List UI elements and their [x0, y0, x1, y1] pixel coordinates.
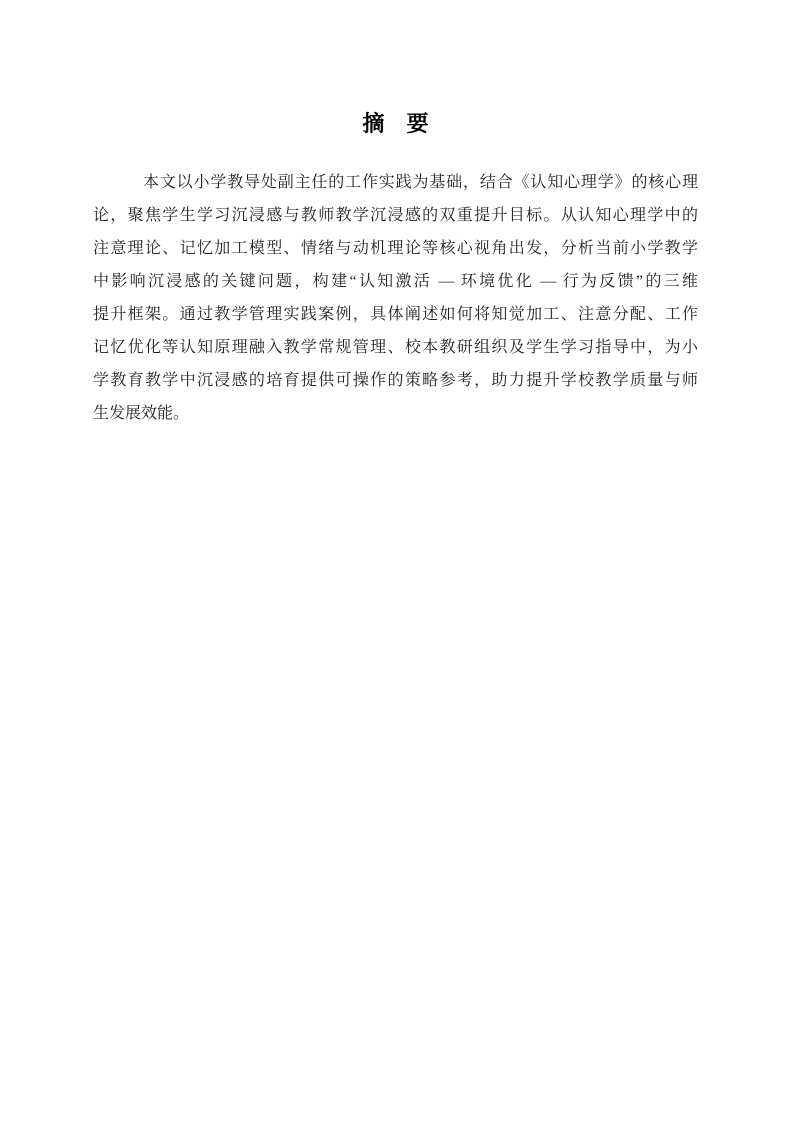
- paragraph-line-5: 提升框架。通过教学管理实践案例，具体阐述如何将知觉加工、注意分配、工作: [93, 298, 698, 331]
- paragraph-line-1: 本文以小学教导处副主任的工作实践为基础，结合《认知心理学》的核心理: [93, 166, 698, 199]
- paragraph-line-3: 注意理论、记忆加工模型、情绪与动机理论等核心视角出发，分析当前小学教学: [93, 232, 698, 265]
- paragraph-line-8: 生发展效能。: [93, 397, 698, 430]
- abstract-title: 摘 要: [93, 107, 698, 140]
- paragraph-line-2: 论，聚焦学生学习沉浸感与教师教学沉浸感的双重提升目标。从认知心理学中的: [93, 199, 698, 232]
- paragraph-line-6: 记忆优化等认知原理融入教学常规管理、校本教研组织及学生学习指导中，为小: [93, 331, 698, 364]
- paragraph-line-7: 学教育教学中沉浸感的培育提供可操作的策略参考，助力提升学校教学质量与师: [93, 364, 698, 397]
- paragraph-line-4: 中影响沉浸感的关键问题，构建“认知激活 — 环境优化 — 行为反馈”的三维: [93, 265, 698, 298]
- document-page: 摘 要 本文以小学教导处副主任的工作实践为基础，结合《认知心理学》的核心理 论，…: [0, 0, 793, 1122]
- abstract-paragraph: 本文以小学教导处副主任的工作实践为基础，结合《认知心理学》的核心理 论，聚焦学生…: [93, 166, 698, 430]
